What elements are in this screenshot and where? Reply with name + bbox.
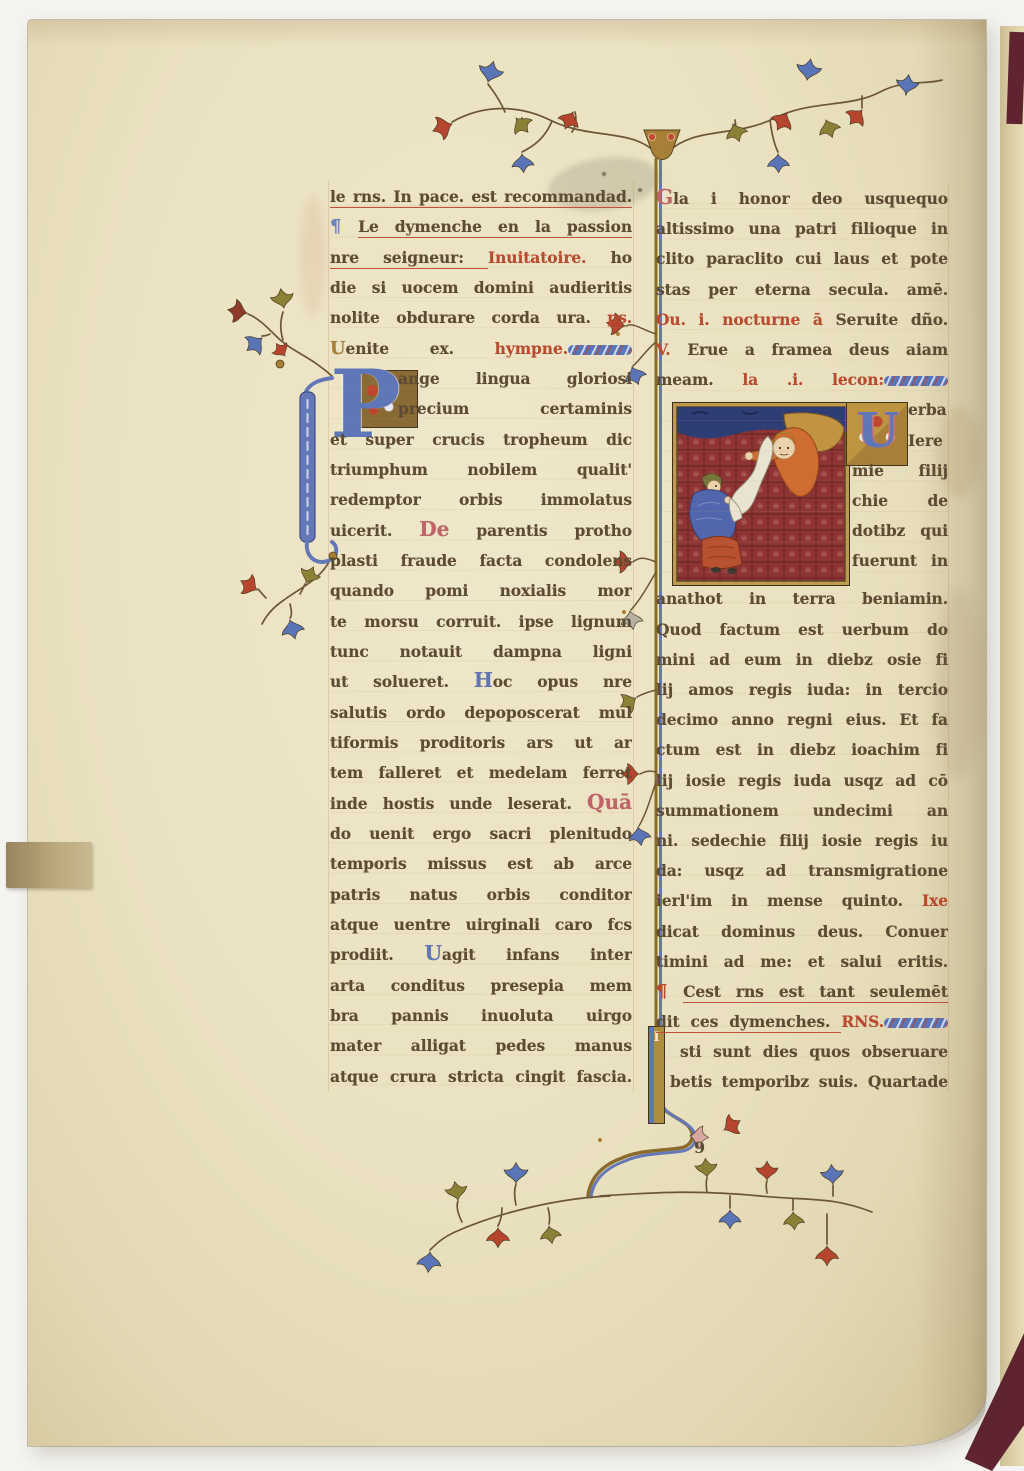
ink-speck [602, 172, 606, 176]
text-line: anathot in terra beniamin. [656, 584, 948, 614]
text-segment: De [419, 517, 449, 541]
ruling-line [948, 184, 949, 1092]
text-line: ierl'im in mense quinto. Ixe [656, 886, 948, 916]
text-segment: Quā [587, 790, 632, 814]
text-segment: ps. [607, 308, 632, 327]
text-line: ange lingua gloriosi [398, 364, 632, 394]
text-segment: V. [656, 340, 687, 359]
text-segment: temporis missus est ab arce [330, 854, 632, 873]
text-segment: Erue a framea deus aiam [687, 340, 948, 359]
text-segment: tem falleret et medelam ferret [330, 763, 632, 782]
text-segment: ange lingua gloriosi [398, 369, 632, 388]
text-line: bra pannis inuoluta uirgo [330, 1001, 632, 1031]
text-segment: le rns. In pace. est recommandad. [330, 187, 632, 208]
text-segment: agit infans inter [442, 945, 632, 964]
text-line: tunc notauit dampna ligni [330, 637, 632, 667]
text-segment: salutis ordo depoposcerat mul [330, 703, 632, 722]
text-line: nolite obdurare corda ura. ps. [330, 303, 632, 333]
text-segment: dit ces dymenches. [656, 1012, 841, 1033]
text-line: tiformis proditoris ars ut ar [330, 728, 632, 758]
text-segment: atque crura stricta cingit fascia. [330, 1067, 632, 1086]
text-segment: die si uocem domini audieritis [330, 278, 632, 297]
text-line: mater alligat pedes manus [330, 1031, 632, 1061]
text-line: ut solueret. Hoc opus nre [330, 667, 632, 697]
text-segment: sti sunt dies quos obseruare de [680, 1042, 948, 1067]
text-segment: hympne. [495, 339, 568, 358]
text-line: altissimo una patri filioque in [656, 214, 948, 244]
underlying-page-edge [1000, 26, 1024, 1466]
text-line: sti sunt dies quos obseruare de [680, 1037, 948, 1067]
text-segment: Le dymenche en la passion [358, 217, 632, 238]
text-line: decimo anno regni eius. Et fa [656, 705, 948, 735]
text-line: ni. sedechie filij iosie regis iu [656, 826, 948, 856]
text-segment: te morsu corruit. ipse lignum [330, 612, 632, 631]
text-line: meam. la .i. lecon: [656, 365, 948, 395]
text-line: Iere [908, 426, 948, 456]
text-segment: precium certaminis [398, 399, 632, 418]
quire-mark: 9 [694, 1138, 705, 1157]
text-segment: Iere [908, 431, 943, 450]
text-segment: meam. [656, 370, 742, 389]
text-segment: tiformis proditoris ars ut ar [330, 733, 632, 752]
text-segment: tunc notauit dampna ligni [330, 642, 632, 661]
text-segment: bra pannis inuoluta uirgo [330, 1006, 632, 1025]
text-segment: mie filij hel [852, 461, 948, 486]
right-text-column: Gla i honor deo usquequoaltissimo una pa… [656, 184, 948, 1098]
text-segment: quando pomi noxialis mor [330, 581, 632, 600]
text-line: dicat dominus deus. Conuer [656, 917, 948, 947]
text-line: Uenite ex. hympne. [330, 334, 632, 364]
text-line: temporis missus est ab arce [330, 849, 632, 879]
text-segment: triumphum nobilem qualit' [330, 460, 632, 479]
text-line: atque uentre uirginali caro fcs [330, 910, 632, 940]
text-segment: Inuitatoire. [488, 248, 587, 267]
text-segment: ni. sedechie filij iosie regis iu [656, 831, 948, 850]
text-line: te morsu corruit. ipse lignum [330, 607, 632, 637]
text-line: da: usqz ad transmigratione [656, 856, 948, 886]
text-segment: ¶ [330, 216, 358, 237]
text-line: atque crura stricta cingit fascia. [330, 1062, 632, 1092]
text-line: die si uocem domini audieritis [330, 273, 632, 303]
text-segment: da: usqz ad transmigratione [656, 861, 948, 880]
text-segment: Ixe [922, 891, 948, 910]
text-segment: anathot in terra beniamin. [656, 589, 948, 608]
text-line: mini ad eum in diebz osie fi [656, 645, 948, 675]
text-segment: H [474, 668, 493, 692]
left-text-column: le rns. In pace. est recommandad.¶ Le dy… [330, 182, 632, 1092]
text-segment: nre seigneur: [330, 248, 488, 269]
text-segment: ho [586, 248, 632, 267]
text-line: summationem undecimi an [656, 796, 948, 826]
text-segment: la i honor deo usquequo [673, 189, 948, 208]
text-line: quando pomi noxialis mor [330, 576, 632, 606]
text-line: erba [908, 395, 948, 425]
text-segment: ¶ [656, 981, 683, 1002]
text-segment: ierl'im in mense quinto. [656, 891, 922, 910]
text-segment: do uenit ergo sacri plenitudo [330, 824, 632, 843]
text-line: fuerunt in [852, 546, 948, 576]
text-segment: lij iosie regis iuda usqz ad cō [656, 771, 948, 790]
text-line: arta conditus presepia mem [330, 971, 632, 1001]
text-segment: decimo anno regni eius. Et fa [656, 710, 948, 729]
text-segment: mini ad eum in diebz osie fi [656, 650, 948, 669]
text-segment: Ou. i. nocturne ā [656, 310, 835, 329]
line-filler-ornament [568, 345, 632, 355]
text-line: dotibz qui [852, 516, 948, 546]
line-filler-ornament [884, 1018, 948, 1028]
text-line: Quod factum est uerbum do [656, 615, 948, 645]
text-segment: plasti fraude facta condolens [330, 551, 632, 570]
text-segment: clito paraclito cui laus et pote [656, 249, 948, 268]
text-line: plasti fraude facta condolens [330, 546, 632, 576]
text-line: stas per eterna secula. amē. [656, 275, 948, 305]
text-segment: U [330, 338, 345, 359]
manuscript-photo: P U I 9 le rns. In pace. est recommandad… [0, 0, 1024, 1471]
text-segment: lij amos regis iuda: in tercio [656, 680, 948, 699]
text-segment: dicat dominus deus. Conuer [656, 922, 948, 941]
text-line: mie filij hel [852, 456, 948, 486]
text-segment: altissimo una patri filioque in [656, 219, 948, 238]
text-segment: nolite obdurare corda ura. [330, 308, 607, 327]
text-line: do uenit ergo sacri plenitudo [330, 819, 632, 849]
text-segment: parentis protho [449, 521, 632, 540]
text-line: le rns. In pace. est recommandad. [330, 182, 632, 212]
text-line: Gla i honor deo usquequo [656, 184, 948, 214]
text-line: patris natus orbis conditor [330, 880, 632, 910]
text-segment: G [656, 185, 673, 209]
text-line: chie de sacer [852, 486, 948, 516]
text-line: redemptor orbis immolatus [330, 485, 632, 515]
text-segment: U [424, 941, 441, 965]
text-line: inde hostis unde leserat. Quā [330, 789, 632, 819]
text-segment: stas per eterna secula. amē. [656, 280, 948, 299]
text-segment: la .i. lecon: [742, 370, 884, 389]
text-segment: chie de sacer [852, 491, 948, 516]
text-segment: ut solueret. [330, 672, 474, 691]
text-line: Ou. i. nocturne ā Seruite dño. [656, 305, 948, 335]
text-line: triumphum nobilem qualit' [330, 455, 632, 485]
text-segment: prodiit. [330, 945, 424, 964]
text-line: tem falleret et medelam ferret [330, 758, 632, 788]
text-segment: timini ad me: et salui eritis. [656, 952, 948, 971]
text-line: lij amos regis iuda: in tercio [656, 675, 948, 705]
text-line: dit ces dymenches. RNS. [656, 1007, 948, 1037]
text-segment: mater alligat pedes manus [330, 1036, 632, 1055]
page-top-shading [28, 20, 986, 46]
text-segment: betis temporibz suis. Quartade [670, 1072, 948, 1091]
text-line: V. Erue a framea deus aiam [656, 335, 948, 365]
text-line: ctum est in diebz ioachim fi [656, 735, 948, 765]
text-segment: redemptor orbis immolatus [330, 490, 632, 509]
ink-speck [638, 188, 642, 192]
text-segment: RNS. [841, 1012, 884, 1031]
text-segment: arta conditus presepia mem [330, 976, 632, 995]
text-line: salutis ordo depoposcerat mul [330, 698, 632, 728]
text-segment: Cest rns est tant seulemēt [683, 982, 948, 1003]
text-line: precium certaminis [398, 394, 632, 424]
text-line: et super crucis tropheum dic [330, 425, 632, 455]
text-line: prodiit. Uagit infans inter [330, 940, 632, 970]
text-segment: dotibz qui [852, 521, 948, 540]
text-segment: ctum est in diebz ioachim fi [656, 740, 948, 759]
text-segment: summationem undecimi an [656, 801, 948, 820]
text-line: ¶ Cest rns est tant seulemēt [656, 977, 948, 1007]
text-segment: Quod factum est uerbum do [656, 620, 948, 639]
text-segment: inde hostis unde leserat. [330, 794, 587, 813]
text-segment: erba [908, 400, 947, 419]
text-line: nre seigneur: Inuitatoire. ho [330, 243, 632, 273]
text-line: betis temporibz suis. Quartade [670, 1067, 948, 1097]
binding-edge-top [1006, 32, 1024, 125]
text-line: ¶ Le dymenche en la passion [330, 212, 632, 242]
bookmark-tab [6, 842, 92, 888]
text-segment: Seruite dño. [835, 310, 948, 329]
text-segment: oc opus nre [493, 672, 632, 691]
text-segment: enite ex. [345, 339, 494, 358]
text-line: timini ad me: et salui eritis. [656, 947, 948, 977]
ruling-line [328, 180, 329, 1092]
text-segment: uicerit. [330, 521, 419, 540]
text-segment: patris natus orbis conditor [330, 885, 632, 904]
text-segment: fuerunt in [852, 551, 948, 570]
ruling-line [633, 180, 634, 1092]
text-segment: atque uentre uirginali caro fcs [330, 915, 632, 934]
line-filler-ornament [884, 376, 948, 386]
text-line: clito paraclito cui laus et pote [656, 244, 948, 274]
text-segment: et super crucis tropheum dic [330, 430, 632, 449]
text-line: uicerit. De parentis protho [330, 516, 632, 546]
text-line: lij iosie regis iuda usqz ad cō [656, 766, 948, 796]
